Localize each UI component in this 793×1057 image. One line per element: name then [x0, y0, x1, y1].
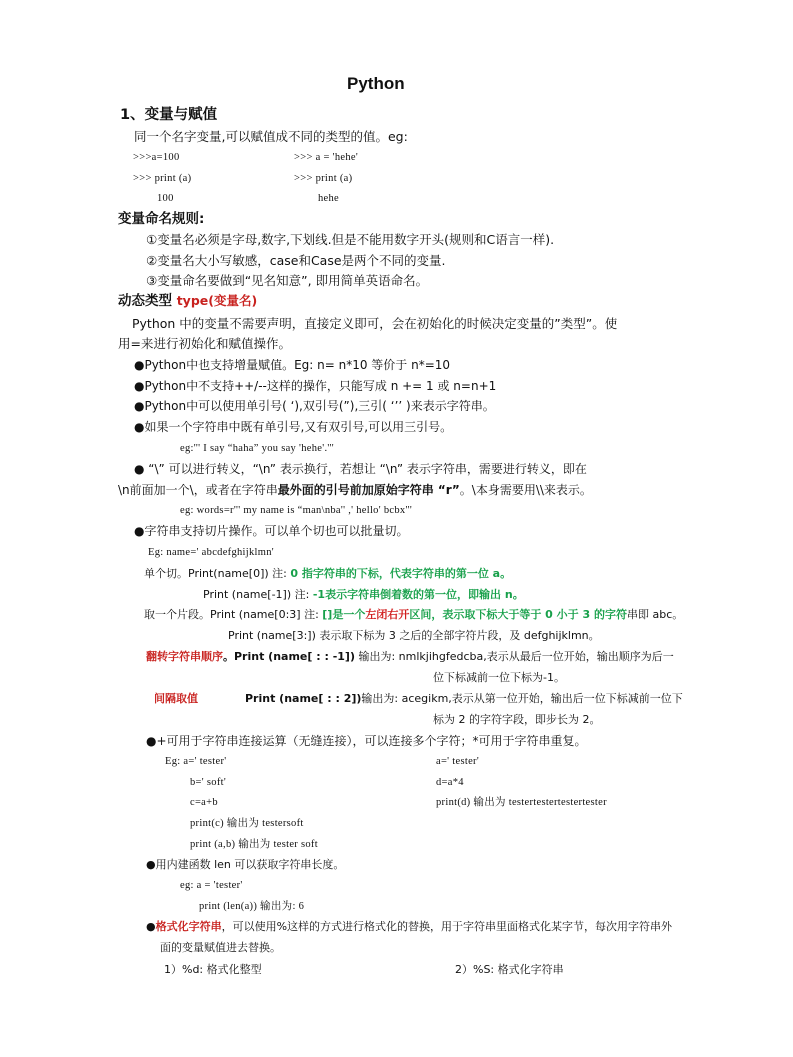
code-right-2: >>> print (a): [294, 171, 352, 187]
triple-quote-example: eg:''' I say “haha” you say 'hehe'.''': [180, 441, 334, 457]
dynamic-type-heading: 动态类型 type(变量名): [118, 293, 257, 309]
naming-rule-3: ③变量命名要做到“见名知意”, 即用简单英语命名。: [146, 273, 428, 289]
concat-left-5: print (a,b) 输出为 tester soft: [190, 837, 318, 853]
concat-right-1: a=' tester': [436, 754, 479, 770]
slice-range-note-a: []是一个: [322, 608, 365, 621]
bullet-no-increment: ●Python中不支持++/--这样的操作，只能写成 n += 1 或 n=n+…: [134, 378, 496, 394]
slice-reverse-desc-2: 位下标减前一位下标为-1。: [433, 670, 565, 686]
slice-tail: Print (name[3:]) 表示取下标为 3 之后的全部字符片段，及 de…: [228, 628, 600, 644]
format-label: 格式化字符串: [156, 920, 222, 933]
slice-reverse: 翻转字符串顺序。Print (name[ : : -1]) 输出为: nmlkj…: [146, 649, 674, 665]
slice-step-code: Print (name[ : : 2]): [245, 692, 361, 705]
code-left-2: >>> print (a): [133, 171, 191, 187]
slice-step-label-text: 间隔取值: [154, 692, 198, 705]
slice-range: 取一个片段。Print (name[0:3] 注: []是一个左闭右开区间，表示…: [144, 607, 683, 623]
escape-line-1: ● “\” 可以进行转义，“\n” 表示换行，若想让 “\n” 表示字符串，需要…: [134, 461, 587, 477]
section-intro: 同一个名字变量,可以赋值成不同的类型的值。eg:: [134, 129, 408, 145]
slice-reverse-desc-1: 输出为: nmlkjihgfedcba,表示从最后一位开始，输出顺序为后一: [358, 650, 673, 663]
dynamic-type-para-1: Python 中的变量不需要声明，直接定义即可，会在初始化的时候决定变量的”类型…: [132, 316, 617, 332]
concat-left-3: c=a+b: [190, 795, 218, 811]
bullet-concat: ●+可用于字符串连接运算（无缝连接），可以连接多个字符；*可用于字符串重复。: [146, 733, 587, 749]
bullet-format: ●格式化字符串，可以使用%这样的方式进行格式化的替换，用于字符串里面格式化某字节…: [146, 919, 672, 935]
bullet-triple-quotes: ●如果一个字符串中既有单引号,又有双引号,可以用三引号。: [134, 419, 452, 435]
format-item-2: 2）%S: 格式化字符串: [455, 962, 564, 978]
len-example-1: eg: a = 'tester': [180, 878, 243, 894]
slice-step-label: 间隔取值: [154, 691, 198, 707]
bullet-slicing: ●字符串支持切片操作。可以单个切也可以批量切。: [134, 523, 408, 539]
naming-rule-1: ①变量名必须是字母,数字,下划线.但是不能用数字开头(规则和C语言一样).: [146, 232, 554, 248]
type-function-label: type(变量名): [177, 293, 257, 308]
slice-reverse-label: 翻转字符串顺序: [146, 650, 223, 663]
escape-line-2-post: 。\本身需要用\\来表示。: [460, 483, 592, 497]
concat-right-3: print(d) 输出为 testertestertestertester: [436, 795, 607, 811]
escape-line-2-pre: \n前面加一个\，或者在字符串: [118, 483, 278, 497]
code-right-1: >>> a = 'hehe': [294, 150, 358, 166]
len-example-2: print (len(a)) 输出为: 6: [199, 899, 304, 915]
slice-range-label: 取一个片段。Print (name[0:3] 注:: [144, 608, 319, 621]
code-right-3: hehe: [318, 191, 339, 207]
slice-single-note: 0 指字符串的下标，代表字符串的第一位 a。: [290, 567, 511, 580]
slice-negative-note: -1表示字符串倒着数的第一位，即输出 n。: [313, 588, 524, 601]
bullet-incremental-assign: ●Python中也支持增量赋值。Eg: n= n*10 等价于 n*=10: [134, 357, 450, 373]
escape-line-2: \n前面加一个\，或者在字符串最外面的引号前加原始字符串 “r”。\本身需要用\…: [118, 482, 592, 498]
slice-step-desc-1: 输出为: acegikm,表示从第一位开始，输出后一位下标减前一位下: [361, 692, 682, 705]
concat-left-1: Eg: a=' tester': [165, 754, 226, 770]
dynamic-type-para-2: 用=来进行初始化和赋值操作。: [118, 336, 291, 352]
page-title: Python: [347, 76, 405, 92]
concat-left-4: print(c) 输出为 testersoft: [190, 816, 304, 832]
escape-line-2-bold: 最外面的引号前加原始字符串 “r”: [278, 483, 460, 497]
slice-reverse-code: 。Print (name[ : : -1]): [223, 650, 355, 663]
format-desc-1: ，可以使用%这样的方式进行格式化的替换，用于字符串里面格式化某字节，每次用字符串…: [222, 920, 672, 933]
format-bullet-mark: ●: [146, 920, 156, 933]
concat-left-2: b=' soft': [190, 775, 226, 791]
slice-range-note-b: 区间，表示取下标大于等于 0 小于 3 的字符: [409, 608, 627, 621]
concat-right-2: d=a*4: [436, 775, 464, 791]
slice-range-note-red: 左闭右开: [365, 608, 409, 621]
format-item-1: 1）%d: 格式化整型: [164, 962, 262, 978]
code-left-1: >>>a=100: [133, 150, 180, 166]
slice-example: Eg: name=' abcdefghijklmn': [148, 545, 274, 561]
slice-single-label: 单个切。Print(name[0]) 注:: [144, 567, 287, 580]
slice-negative: Print (name[-1]) 注: -1表示字符串倒着数的第一位，即输出 n…: [203, 587, 524, 603]
dynamic-type-label: 动态类型: [118, 293, 172, 309]
slice-step: Print (name[ : : 2])输出为: acegikm,表示从第一位开…: [245, 691, 683, 707]
naming-rule-2: ②变量名大小写敏感，case和Case是两个不同的变量.: [146, 253, 446, 269]
slice-range-note-post: 串即 abc。: [627, 608, 683, 621]
slice-single: 单个切。Print(name[0]) 注: 0 指字符串的下标，代表字符串的第一…: [144, 566, 511, 582]
section-heading-variables: 1、变量与赋值: [120, 107, 217, 123]
code-left-3: 100: [157, 191, 174, 207]
slice-negative-code: Print (name[-1]) 注:: [203, 588, 309, 601]
naming-rules-heading: 变量命名规则:: [118, 211, 204, 227]
raw-string-example: eg: words=r''' my name is “man\nba'' ,' …: [180, 503, 412, 519]
format-desc-2: 面的变量赋值进去替换。: [160, 940, 281, 956]
bullet-len: ●用内建函数 len 可以获取字符串长度。: [146, 857, 344, 873]
bullet-quotes: ●Python中可以使用单引号( ‘),双引号(”),三引( ‘’’ )来表示字…: [134, 398, 495, 414]
slice-step-desc-2: 标为 2 的字符字段，即步长为 2。: [433, 712, 601, 728]
